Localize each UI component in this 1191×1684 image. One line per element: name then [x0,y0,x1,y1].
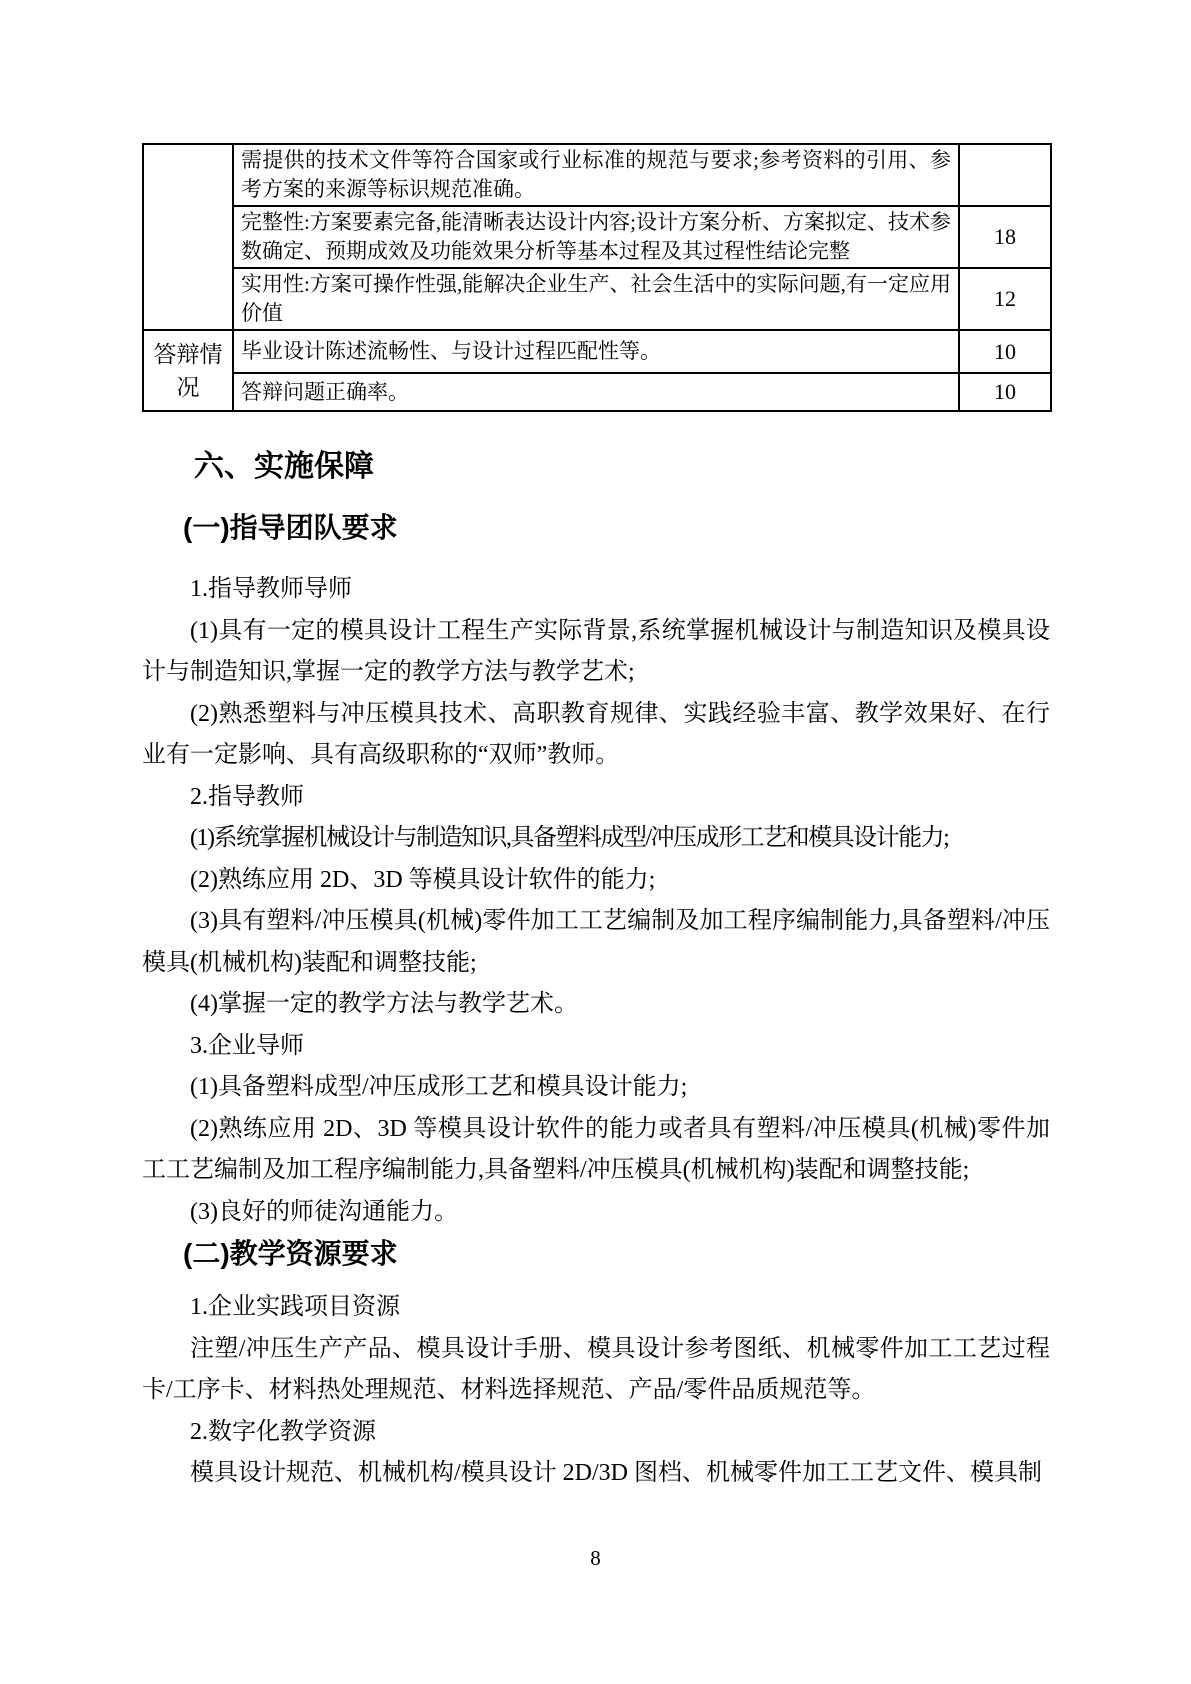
paragraph: (1)系统掌握机械设计与制造知识,具备塑料成型/冲压成形工艺和模具设计能力; [142,818,1050,860]
criteria-cell: 毕业设计陈述流畅性、与设计过程匹配性等。 [233,330,959,373]
score-cell: 12 [959,268,1051,330]
table-row: 答辩情况 毕业设计陈述流畅性、与设计过程匹配性等。 10 [143,330,1051,373]
score-cell [959,144,1051,206]
section-heading: 六、实施保障 [142,449,1050,485]
subsection-heading-1: (一)指导团队要求 [142,511,1050,545]
score-cell: 10 [959,373,1051,411]
paragraph: 模具设计规范、机械机构/模具设计 2D/3D 图档、机械零件加工工艺文件、模具制 [142,1453,1050,1495]
table-row: 答辩问题正确率。 10 [143,373,1051,411]
paragraph: (1)具有一定的模具设计工程生产实际背景,系统掌握机械设计与制造知识及模具设计与… [142,611,1050,694]
paragraph: 3.企业导师 [142,1026,1050,1068]
paragraph: 2.指导教师 [142,777,1050,819]
page-number: 8 [0,1546,1191,1571]
document-page: 需提供的技术文件等符合国家或行业标准的规范与要求;参考资料的引用、参考方案的来源… [0,0,1191,1684]
criteria-cell: 需提供的技术文件等符合国家或行业标准的规范与要求;参考资料的引用、参考方案的来源… [233,144,959,206]
score-table: 需提供的技术文件等符合国家或行业标准的规范与要求;参考资料的引用、参考方案的来源… [142,143,1052,412]
paragraph: 注塑/冲压生产产品、模具设计手册、模具设计参考图纸、机械零件加工工艺过程卡/工序… [142,1329,1050,1412]
subsection-heading-2: (二)教学资源要求 [142,1237,1050,1271]
table-row: 完整性:方案要素完备,能清晰表达设计内容;设计方案分析、方案拟定、技术参数确定、… [143,206,1051,268]
paragraph: (2)熟练应用 2D、3D 等模具设计软件的能力或者具有塑料/冲压模具(机械)零… [142,1109,1050,1192]
paragraph: (3)良好的师徒沟通能力。 [142,1192,1050,1234]
paragraph: 1.指导教师导师 [142,569,1050,611]
criteria-group-cell-empty [143,144,233,330]
page-content: 需提供的技术文件等符合国家或行业标准的规范与要求;参考资料的引用、参考方案的来源… [142,0,1050,1495]
criteria-cell: 完整性:方案要素完备,能清晰表达设计内容;设计方案分析、方案拟定、技术参数确定、… [233,206,959,268]
table-row: 实用性:方案可操作性强,能解决企业生产、社会生活中的实际问题,有一定应用价值 1… [143,268,1051,330]
criteria-cell: 实用性:方案可操作性强,能解决企业生产、社会生活中的实际问题,有一定应用价值 [233,268,959,330]
paragraph: (4)掌握一定的教学方法与教学艺术。 [142,984,1050,1026]
table-row: 需提供的技术文件等符合国家或行业标准的规范与要求;参考资料的引用、参考方案的来源… [143,144,1051,206]
paragraph: (3)具有塑料/冲压模具(机械)零件加工工艺编制及加工程序编制能力,具备塑料/冲… [142,901,1050,984]
paragraph: (2)熟练应用 2D、3D 等模具设计软件的能力; [142,860,1050,902]
paragraph: (2)熟悉塑料与冲压模具技术、高职教育规律、实践经验丰富、教学效果好、在行业有一… [142,694,1050,777]
paragraph: (1)具备塑料成型/冲压成形工艺和模具设计能力; [142,1067,1050,1109]
score-cell: 10 [959,330,1051,373]
score-cell: 18 [959,206,1051,268]
paragraph: 2.数字化教学资源 [142,1412,1050,1454]
criteria-cell: 答辩问题正确率。 [233,373,959,411]
paragraph: 1.企业实践项目资源 [142,1287,1050,1329]
criteria-group-cell-defense: 答辩情况 [143,330,233,411]
